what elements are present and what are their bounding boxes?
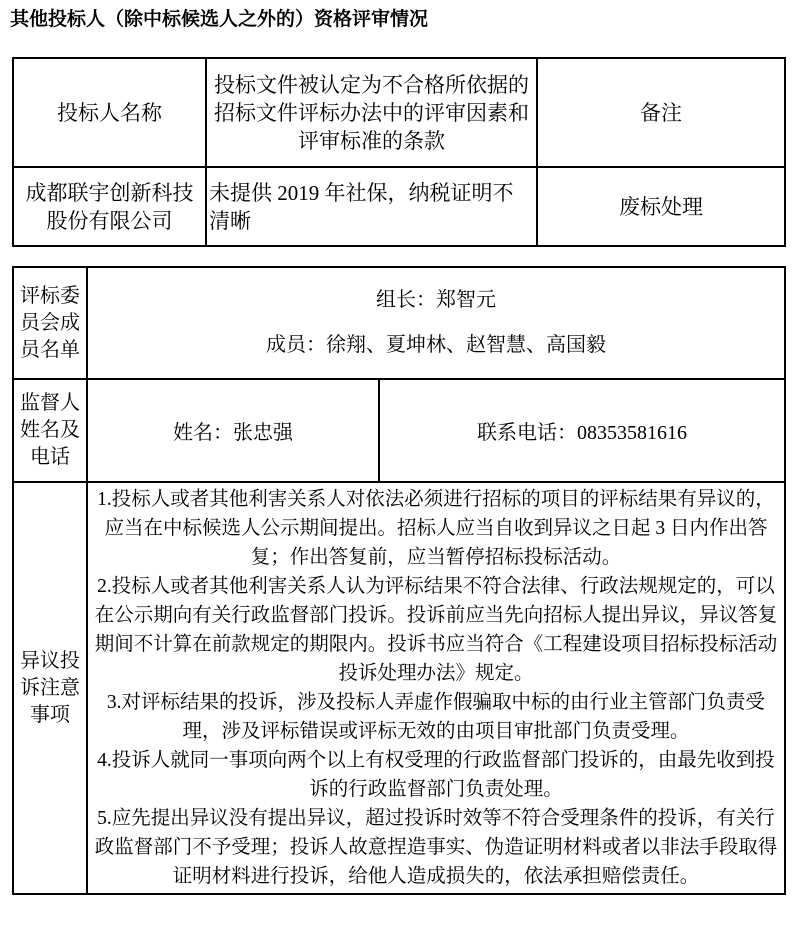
bidder-row: 成都联宇创新科技股份有限公司 未提供 2019 年社保，纳税证明不清晰 废标处理 [13,167,785,246]
page-title: 其他投标人（除中标候选人之外的）资格评审情况 [10,8,800,32]
bidder-name-cell: 成都联宇创新科技股份有限公司 [13,167,206,246]
remark-cell: 废标处理 [537,167,785,246]
committee-members: 成员：徐翔、夏坤林、赵智慧、高国毅 [90,323,782,368]
supervisor-name-cell: 姓名：张忠强 [87,379,379,482]
notice-item: 2.投标人或者其他利害关系人认为评标结果不符合法律、行政法规规定的，可以在公示期… [90,572,782,688]
notice-item: 3.对评标结果的投诉，涉及投标人弄虚作假骗取中标的由行业主管部门负责受理，涉及评… [90,688,782,746]
supervisor-phone-cell: 联系电话：08353581616 [379,379,785,482]
notice-row: 异议投诉注意事项 1.投标人或者其他利害关系人对依法必须进行招标的项目的评标结果… [13,482,785,894]
supervisor-row: 监督人姓名及电话 姓名：张忠强 联系电话：08353581616 [13,379,785,482]
info-table: 评标委员会成员名单 组长：郑智元 成员：徐翔、夏坤林、赵智慧、高国毅 监督人姓名… [12,266,786,895]
supervisor-label: 监督人姓名及电话 [13,379,87,482]
bidders-table-header-row: 投标人名称 投标文件被认定为不合格所依据的招标文件评标办法中的评审因素和评审标准… [13,58,785,167]
committee-leader: 组长：郑智元 [90,278,782,323]
remark-header: 备注 [537,58,785,167]
notice-item: 5.应先提出异议没有提出异议，超过投诉时效等不符合受理条件的投诉，有关行政监督部… [90,804,782,891]
committee-row: 评标委员会成员名单 组长：郑智元 成员：徐翔、夏坤林、赵智慧、高国毅 [13,267,785,379]
rejection-basis-header: 投标文件被认定为不合格所依据的招标文件评标办法中的评审因素和评审标准的条款 [206,58,537,167]
bidders-table: 投标人名称 投标文件被认定为不合格所依据的招标文件评标办法中的评审因素和评审标准… [12,57,786,247]
committee-label: 评标委员会成员名单 [13,267,87,379]
notice-items-cell: 1.投标人或者其他利害关系人对依法必须进行招标的项目的评标结果有异议的，应当在中… [87,482,785,894]
notice-item: 4.投诉人就同一事项向两个以上有权受理的行政监督部门投诉的，由最先收到投诉的行政… [90,746,782,804]
notice-label: 异议投诉注意事项 [13,482,87,894]
notice-item: 1.投标人或者其他利害关系人对依法必须进行招标的项目的评标结果有异议的，应当在中… [90,485,782,572]
rejection-reason-cell: 未提供 2019 年社保，纳税证明不清晰 [206,167,537,246]
committee-members-cell: 组长：郑智元 成员：徐翔、夏坤林、赵智慧、高国毅 [87,267,785,379]
bidder-name-header: 投标人名称 [13,58,206,167]
document-page: 其他投标人（除中标候选人之外的）资格评审情况 投标人名称 投标文件被认定为不合格… [0,0,800,936]
